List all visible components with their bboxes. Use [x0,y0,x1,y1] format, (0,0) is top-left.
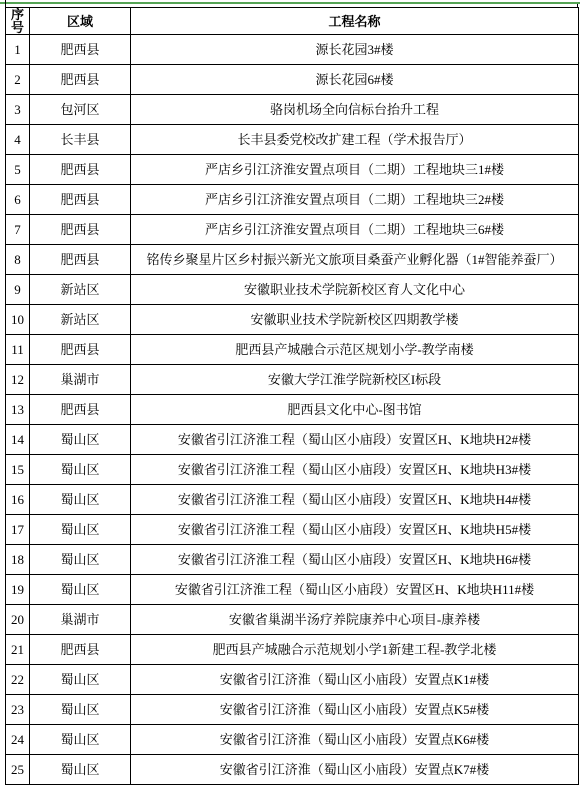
cell-project: 安徽省引江济淮工程（蜀山区小庙段）安置区H、K地块H11#楼 [131,575,579,605]
cell-project: 肥西县产城融合示范规划小学1新建工程-教学北楼 [131,635,579,665]
table-row: 1 肥西县 源长花园3#楼 [6,35,579,65]
cell-no: 19 [6,575,30,605]
cell-no: 10 [6,305,30,335]
table-row: 19 蜀山区 安徽省引江济淮工程（蜀山区小庙段）安置区H、K地块H11#楼 [6,575,579,605]
cell-region: 肥西县 [30,35,131,65]
cell-no: 18 [6,545,30,575]
cell-no: 16 [6,485,30,515]
cell-region: 巢湖市 [30,365,131,395]
table-row: 4 长丰县 长丰县委党校改扩建工程（学术报告厅） [6,125,579,155]
cell-no: 14 [6,425,30,455]
cell-no: 25 [6,755,30,785]
cell-region: 包河区 [30,95,131,125]
cell-project: 长丰县委党校改扩建工程（学术报告厅） [131,125,579,155]
cell-no: 15 [6,455,30,485]
cell-project: 安徽职业技术学院新校区育人文化中心 [131,275,579,305]
cell-region: 肥西县 [30,65,131,95]
table-row: 21 肥西县 肥西县产城融合示范规划小学1新建工程-教学北楼 [6,635,579,665]
table-row: 9 新站区 安徽职业技术学院新校区育人文化中心 [6,275,579,305]
cell-no: 11 [6,335,30,365]
table-row: 17 蜀山区 安徽省引江济淮工程（蜀山区小庙段）安置区H、K地块H5#楼 [6,515,579,545]
cell-project: 严店乡引江济淮安置点项目（二期）工程地块三2#楼 [131,185,579,215]
cell-no: 4 [6,125,30,155]
header-cell-region: 区域 [30,8,131,35]
cell-project: 安徽省引江济淮工程（蜀山区小庙段）安置区H、K地块H2#楼 [131,425,579,455]
cell-no: 7 [6,215,30,245]
cell-no: 24 [6,725,30,755]
cell-no: 3 [6,95,30,125]
cell-region: 新站区 [30,305,131,335]
table-row: 25 蜀山区 安徽省引江济淮（蜀山区小庙段）安置点K7#楼 [6,755,579,785]
table-row: 10 新站区 安徽职业技术学院新校区四期教学楼 [6,305,579,335]
cell-no: 22 [6,665,30,695]
cell-region: 肥西县 [30,395,131,425]
cell-project: 安徽省引江济淮工程（蜀山区小庙段）安置区H、K地块H3#楼 [131,455,579,485]
cell-project: 骆岗机场全向信标台抬升工程 [131,95,579,125]
cell-project: 肥西县产城融合示范区规划小学-教学南楼 [131,335,579,365]
cell-no: 23 [6,695,30,725]
cell-project: 严店乡引江济淮安置点项目（二期）工程地块三1#楼 [131,155,579,185]
table-row: 6 肥西县 严店乡引江济淮安置点项目（二期）工程地块三2#楼 [6,185,579,215]
table-row: 20 巢湖市 安徽省巢湖半汤疗养院康养中心项目-康养楼 [6,605,579,635]
cell-project: 严店乡引江济淮安置点项目（二期）工程地块三6#楼 [131,215,579,245]
cell-region: 蜀山区 [30,455,131,485]
cell-no: 2 [6,65,30,95]
table-row: 22 蜀山区 安徽省引江济淮（蜀山区小庙段）安置点K1#楼 [6,665,579,695]
table-row: 18 蜀山区 安徽省引江济淮工程（蜀山区小庙段）安置区H、K地块H6#楼 [6,545,579,575]
cell-region: 新站区 [30,275,131,305]
cell-project: 安徽大学江淮学院新校区I标段 [131,365,579,395]
cell-region: 肥西县 [30,215,131,245]
cell-project: 安徽省引江济淮（蜀山区小庙段）安置点K1#楼 [131,665,579,695]
cell-region: 肥西县 [30,335,131,365]
cell-region: 蜀山区 [30,755,131,785]
cell-region: 蜀山区 [30,575,131,605]
cell-project: 安徽省引江济淮（蜀山区小庙段）安置点K5#楼 [131,695,579,725]
cell-region: 长丰县 [30,125,131,155]
spreadsheet-page: 序号 区域 工程名称 1 肥西县 源长花园3#楼 2 肥西县 源长花园6#楼 3… [0,0,580,789]
cell-region: 肥西县 [30,245,131,275]
table-row: 11 肥西县 肥西县产城融合示范区规划小学-教学南楼 [6,335,579,365]
cell-no: 12 [6,365,30,395]
projects-table: 序号 区域 工程名称 1 肥西县 源长花园3#楼 2 肥西县 源长花园6#楼 3… [5,7,579,785]
top-accent-line [0,2,580,4]
table-row: 2 肥西县 源长花园6#楼 [6,65,579,95]
cell-no: 21 [6,635,30,665]
cell-region: 蜀山区 [30,725,131,755]
table-row: 12 巢湖市 安徽大学江淮学院新校区I标段 [6,365,579,395]
header-row: 序号 区域 工程名称 [6,8,579,35]
table-row: 3 包河区 骆岗机场全向信标台抬升工程 [6,95,579,125]
cell-region: 蜀山区 [30,515,131,545]
table-row: 14 蜀山区 安徽省引江济淮工程（蜀山区小庙段）安置区H、K地块H2#楼 [6,425,579,455]
cell-region: 蜀山区 [30,485,131,515]
cell-project: 肥西县文化中心-图书馆 [131,395,579,425]
table-row: 13 肥西县 肥西县文化中心-图书馆 [6,395,579,425]
cell-region: 蜀山区 [30,665,131,695]
cell-no: 9 [6,275,30,305]
cell-project: 安徽省引江济淮（蜀山区小庙段）安置点K6#楼 [131,725,579,755]
cell-project: 铭传乡聚星片区乡村振兴新光文旅项目桑蚕产业孵化器（1#智能养蚕厂） [131,245,579,275]
cell-project: 安徽省引江济淮（蜀山区小庙段）安置点K7#楼 [131,755,579,785]
cell-no: 1 [6,35,30,65]
cell-no: 17 [6,515,30,545]
cell-project: 安徽省引江济淮工程（蜀山区小庙段）安置区H、K地块H4#楼 [131,485,579,515]
table-row: 5 肥西县 严店乡引江济淮安置点项目（二期）工程地块三1#楼 [6,155,579,185]
table-row: 23 蜀山区 安徽省引江济淮（蜀山区小庙段）安置点K5#楼 [6,695,579,725]
cell-region: 巢湖市 [30,605,131,635]
cell-project: 安徽省引江济淮工程（蜀山区小庙段）安置区H、K地块H5#楼 [131,515,579,545]
cell-no: 8 [6,245,30,275]
cell-region: 蜀山区 [30,695,131,725]
cell-no: 20 [6,605,30,635]
cell-no: 6 [6,185,30,215]
header-cell-no: 序号 [6,8,30,35]
table-row: 24 蜀山区 安徽省引江济淮（蜀山区小庙段）安置点K6#楼 [6,725,579,755]
table-row: 16 蜀山区 安徽省引江济淮工程（蜀山区小庙段）安置区H、K地块H4#楼 [6,485,579,515]
cell-no: 5 [6,155,30,185]
cell-region: 肥西县 [30,635,131,665]
cell-region: 蜀山区 [30,545,131,575]
table-row: 7 肥西县 严店乡引江济淮安置点项目（二期）工程地块三6#楼 [6,215,579,245]
cell-project: 安徽省引江济淮工程（蜀山区小庙段）安置区H、K地块H6#楼 [131,545,579,575]
cell-project: 源长花园6#楼 [131,65,579,95]
cell-project: 源长花园3#楼 [131,35,579,65]
header-cell-project: 工程名称 [131,8,579,35]
cell-region: 肥西县 [30,185,131,215]
table-row: 15 蜀山区 安徽省引江济淮工程（蜀山区小庙段）安置区H、K地块H3#楼 [6,455,579,485]
cell-project: 安徽职业技术学院新校区四期教学楼 [131,305,579,335]
cell-region: 肥西县 [30,155,131,185]
cell-no: 13 [6,395,30,425]
cell-project: 安徽省巢湖半汤疗养院康养中心项目-康养楼 [131,605,579,635]
table-row: 8 肥西县 铭传乡聚星片区乡村振兴新光文旅项目桑蚕产业孵化器（1#智能养蚕厂） [6,245,579,275]
cell-region: 蜀山区 [30,425,131,455]
